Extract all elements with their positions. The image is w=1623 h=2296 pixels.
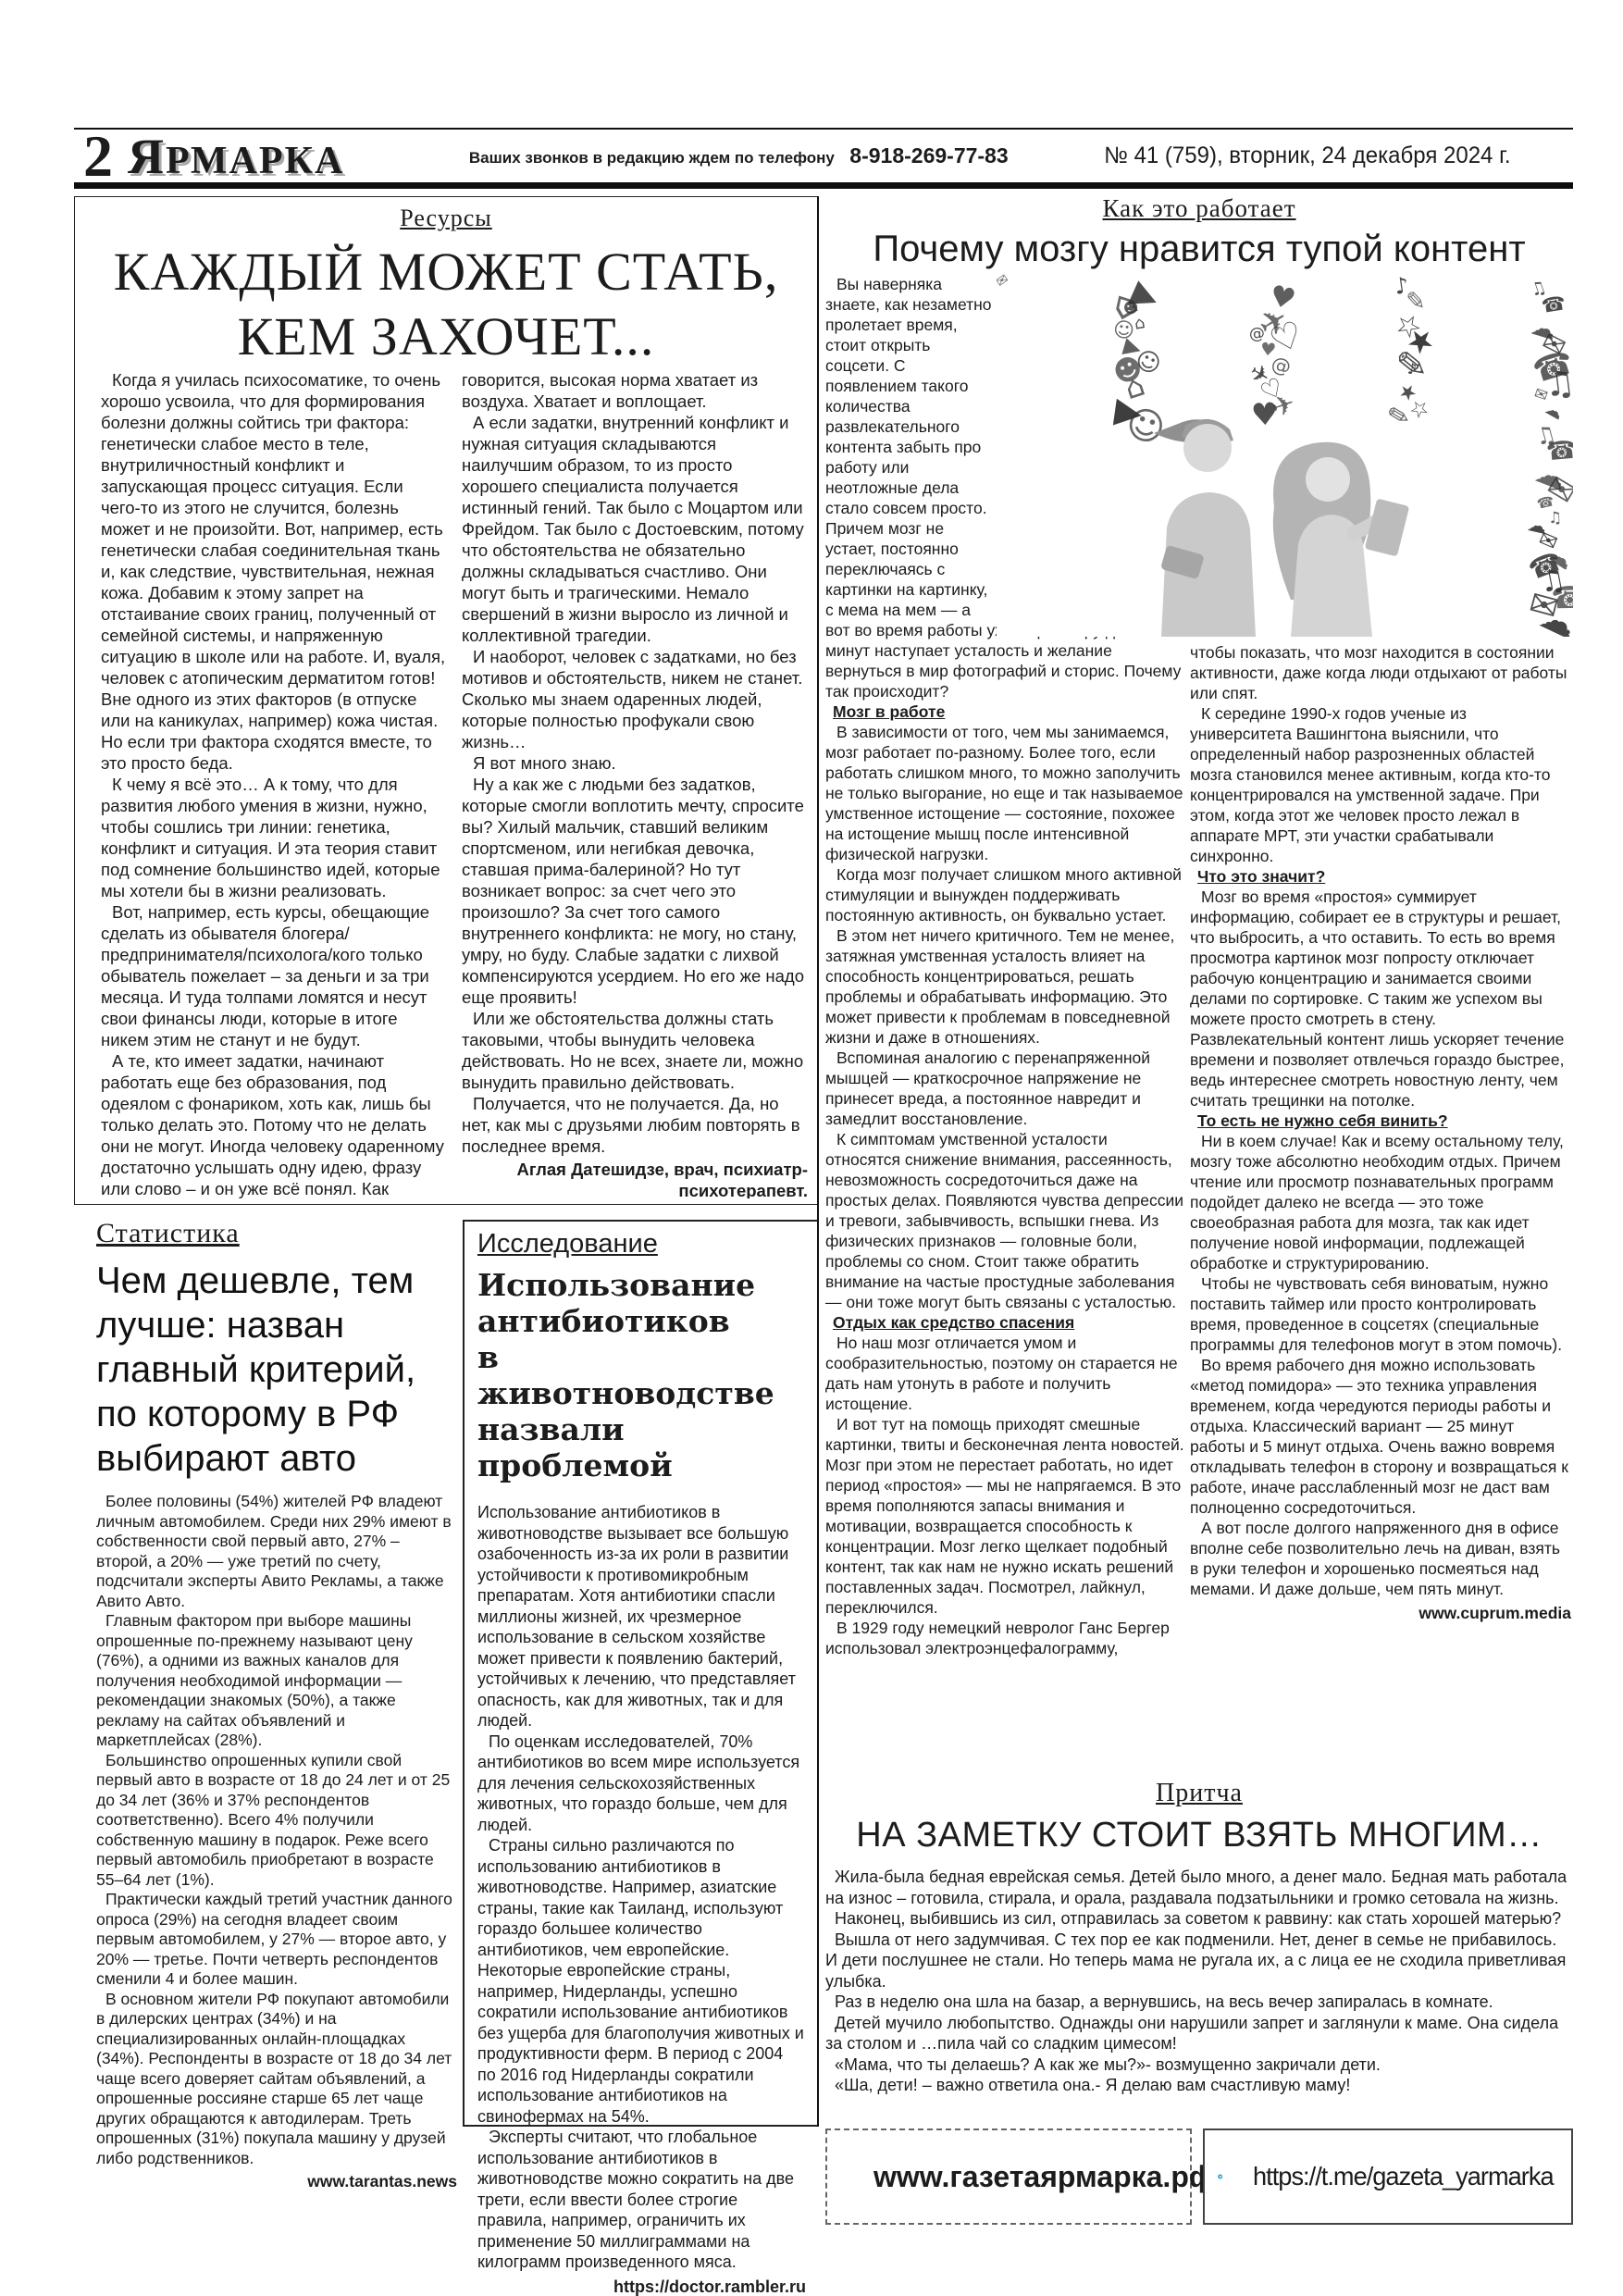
paragraph: И вот тут на помощь приходят смешные кар… — [825, 1414, 1184, 1618]
doodle-icon: ☁ — [1526, 515, 1549, 538]
doodle-icon: ✎ — [1394, 345, 1430, 385]
header-phone-line: Ваших звонков в редакцию ждем по телефон… — [381, 143, 1096, 168]
research-headline-line: в животноводстве — [477, 1339, 806, 1411]
section-label-research: Исследование — [477, 1229, 806, 1260]
paragraph: Использование антибиотиков в животноводс… — [477, 1502, 806, 1731]
research-text: Использование антибиотиков в животноводс… — [477, 1502, 806, 2273]
doodle-icon: ♫ — [1532, 422, 1558, 450]
paragraph: К середине 1990-х годов ученые из универ… — [1190, 703, 1571, 866]
paragraph: К симптомам умственной усталости относят… — [825, 1129, 1184, 1312]
stats-headline-line: главный критерий, — [96, 1347, 457, 1392]
statistics-text: Более половины (54%) жителей РФ владеют … — [96, 1492, 457, 2168]
paragraph: Я вот много знаю. — [462, 752, 808, 774]
paragraph: А вот после долгого напряженного дня в о… — [1190, 1518, 1571, 1599]
resources-column-2: говорится, высокая норма хватает из возд… — [462, 369, 808, 1198]
paragraph: Вспоминая аналогию с перенапряженной мыш… — [825, 1048, 1184, 1129]
column-divider — [817, 196, 819, 2127]
website-url: www.газетаярмарка.рф — [873, 2160, 1215, 2194]
resources-headline-line2: КЕМ ЗАХОЧЕТ... — [75, 304, 817, 369]
website-box: e www.газетаярмарка.рф — [825, 2128, 1192, 2225]
stats-headline-line: по которому в РФ — [96, 1392, 457, 1436]
page-header: 2 Ярмарка Ваших звонков в редакцию ждем … — [74, 128, 1573, 189]
research-headline-line: антибиотиков — [477, 1303, 806, 1339]
resources-column-2-text: говорится, высокая норма хватает из возд… — [462, 369, 808, 1157]
paragraph: В этом нет ничего критичного. Тем не мен… — [825, 925, 1184, 1048]
paragraph: Жила-была бедная еврейская семья. Детей … — [825, 1867, 1573, 1908]
subheading: Отдых как средство спасения — [825, 1312, 1184, 1333]
article-statistics: Статистика Чем дешевле, тем лучше: назва… — [96, 1218, 457, 2192]
paragraph: Более половины (54%) жителей РФ владеют … — [96, 1492, 457, 1611]
paragraph: Наконец, выбившись из сил, отправилась з… — [825, 1908, 1573, 1930]
paragraph: По оценкам исследователей, 70% антибиоти… — [477, 1731, 806, 1836]
statistics-source-url: www.tarantas.news — [96, 2172, 457, 2192]
teens-with-gadgets-illustration — [1134, 392, 1439, 637]
research-headline-line: назвали проблемой — [477, 1411, 806, 1483]
paragraph: Или же обстоятельства должны стать таков… — [462, 1008, 808, 1093]
resources-headline: КАЖДЫЙ МОЖЕТ СТАТЬ, КЕМ ЗАХОЧЕТ... — [75, 240, 817, 369]
section-label-how-it-works: Как это работает — [825, 194, 1573, 223]
paragraph: А если задатки, внутренний конфликт и ну… — [462, 412, 808, 646]
section-label-statistics: Статистика — [96, 1218, 457, 1249]
resources-headline-line1: КАЖДЫЙ МОЖЕТ СТАТЬ, — [75, 240, 817, 304]
paragraph: Во время рабочего дня можно использовать… — [1190, 1355, 1571, 1518]
telegram-url: https://t.me/gazeta_yarmarka — [1253, 2162, 1554, 2191]
paragraph: говорится, высокая норма хватает из возд… — [462, 369, 808, 412]
subheading: Мозг в работе — [825, 701, 1184, 722]
paragraph: «Мама, что ты делаешь? А как же мы?»- во… — [825, 2054, 1573, 2076]
article-parable: Притча НА ЗАМЕТКУ СТОИТ ВЗЯТЬ МНОГИМ… Жи… — [825, 1779, 1573, 2096]
stats-headline-line: лучше: назван — [96, 1303, 457, 1347]
paragraph: Большинство опрошенных купили свой первы… — [96, 1751, 457, 1891]
paragraph: Раз в неделю она шла на базар, а вернувш… — [825, 1992, 1573, 2013]
brain-headline: Почему мозгу нравится тупой контент — [825, 229, 1573, 270]
parable-headline: НА ЗАМЕТКУ СТОИТ ВЗЯТЬ МНОГИМ… — [825, 1816, 1573, 1855]
stats-headline-line: выбирают авто — [96, 1436, 457, 1481]
section-label-resources: Ресурсы — [75, 205, 817, 232]
paragraph: Детей мучило любопытство. Однажды они на… — [825, 2013, 1573, 2054]
doodle-icon: @ — [1248, 326, 1265, 342]
telegram-icon — [1218, 2150, 1222, 2203]
call-label: Ваших звонков в редакцию ждем по телефон… — [469, 149, 835, 167]
doodle-icon: ☎ — [1536, 494, 1556, 512]
paragraph: Когда я училась психосоматике, то очень … — [101, 369, 447, 774]
stats-headline-line: Чем дешевле, тем — [96, 1259, 457, 1303]
paragraph: Чтобы не чувствовать себя виноватым, нуж… — [1190, 1273, 1571, 1355]
research-headline: Использование антибиотиков в животноводс… — [477, 1267, 806, 1483]
brain-body: ✉☺☎⌂✈☁▶@♫♡☆✉♥♪☎★☁✎♫✉☺☎⌂☁▶♫☻♡✉♥☎✈★☁✎♫☆✉♪☎… — [825, 274, 1573, 1775]
brain-source-url: www.cuprum.media — [1190, 1603, 1571, 1623]
section-label-parable: Притча — [825, 1779, 1573, 1808]
paragraph: И наоборот, человек с задатками, но без … — [462, 646, 808, 752]
parable-body: Жила-была бедная еврейская семья. Детей … — [825, 1867, 1573, 2096]
doodle-icon: ♪ — [1393, 274, 1410, 298]
paragraph: А те, кто имеет задатки, начинают работа… — [101, 1050, 447, 1198]
paragraph: Вышла от него задумчивая. С тех пор ее к… — [825, 1930, 1573, 1992]
paragraph: Ну а как же с людьми без задатков, котор… — [462, 774, 808, 1008]
resources-column-1: Когда я училась психосоматике, то очень … — [101, 369, 447, 1198]
paragraph: Ни в коем случае! Как и всему остальному… — [1190, 1131, 1571, 1273]
paragraph: В основном жители РФ покупают автомобили… — [96, 1990, 457, 2169]
statistics-body: Более половины (54%) жителей РФ владеют … — [96, 1492, 457, 2192]
brain-column-2-text: чтобы показать, что мозг находится в сос… — [1190, 642, 1571, 1599]
research-source-url: https://doctor.rambler.ru — [477, 2277, 806, 2296]
paragraph: Главным фактором при выборе машины опрош… — [96, 1611, 457, 1751]
doodle-icon: ♫ — [1529, 279, 1549, 301]
subheading: Что это значит? — [1190, 866, 1571, 887]
research-body: Использование антибиотиков в животноводс… — [477, 1502, 806, 2296]
paragraph: «Ша, дети! – важно ответила она.- Я дела… — [825, 2075, 1573, 2096]
article-research: Исследование Использование антибиотиков … — [463, 1220, 817, 2127]
article-brain: Как это работает Почему мозгу нравится т… — [825, 194, 1573, 270]
paragraph: К чему я всё это… А к тому, что для разв… — [101, 774, 447, 901]
newspaper-logo: Ярмарка — [128, 128, 344, 185]
subheading: То есть не нужно себя винить? — [1190, 1111, 1571, 1131]
paragraph: Получается, что не получается. Да, но не… — [462, 1093, 808, 1157]
page-number: 2 — [83, 127, 113, 186]
doodle-icon: ✉ — [997, 274, 1011, 290]
issue-info: № 41 (759), вторник, 24 декабря 2024 г. — [1104, 143, 1510, 169]
newspaper-page: 2 Ярмарка Ваших звонков в редакцию ждем … — [0, 0, 1623, 2296]
telegram-box: https://t.me/gazeta_yarmarka — [1203, 2128, 1573, 2225]
paragraph: Эксперты считают, что глобальное использ… — [477, 2127, 806, 2273]
paragraph: Вот, например, есть курсы, обещающие сде… — [101, 901, 447, 1050]
research-headline-line: Использование — [477, 1267, 806, 1303]
author-signature: Аглая Датешидзе, врач, психиатр-психотер… — [462, 1159, 808, 1198]
statistics-headline: Чем дешевле, тем лучше: назван главный к… — [96, 1259, 457, 1481]
paragraph: В зависимости от того, чем мы занимаемся… — [825, 722, 1184, 864]
article-resources: Ресурсы КАЖДЫЙ МОЖЕТ СТАТЬ, КЕМ ЗАХОЧЕТ.… — [74, 196, 817, 1205]
resources-columns: Когда я училась психосоматике, то очень … — [101, 369, 808, 1198]
phone-number: 8-918-269-77-83 — [849, 143, 1008, 168]
paragraph: Страны сильно различаются по использован… — [477, 1835, 806, 2127]
paragraph: Практически каждый третий участник данно… — [96, 1890, 457, 1990]
paragraph: Когда мозг получает слишком много активн… — [825, 864, 1184, 925]
paragraph: Но наш мозг отличается умом и сообразите… — [825, 1333, 1184, 1414]
doodle-icon: ♫ — [1548, 510, 1563, 527]
paragraph: чтобы показать, что мозг находится в сос… — [1190, 642, 1571, 703]
paragraph: Мозг во время «простоя» суммирует информ… — [1190, 887, 1571, 1111]
article-photo: ✉☺☎⌂✈☁▶@♫♡☆✉♥♪☎★☁✎♫✉☺☎⌂☁▶♫☻♡✉♥☎✈★☁✎♫☆✉♪☎… — [997, 274, 1573, 637]
paragraph: В 1929 году немецкий невролог Ганс Берге… — [825, 1618, 1184, 1658]
